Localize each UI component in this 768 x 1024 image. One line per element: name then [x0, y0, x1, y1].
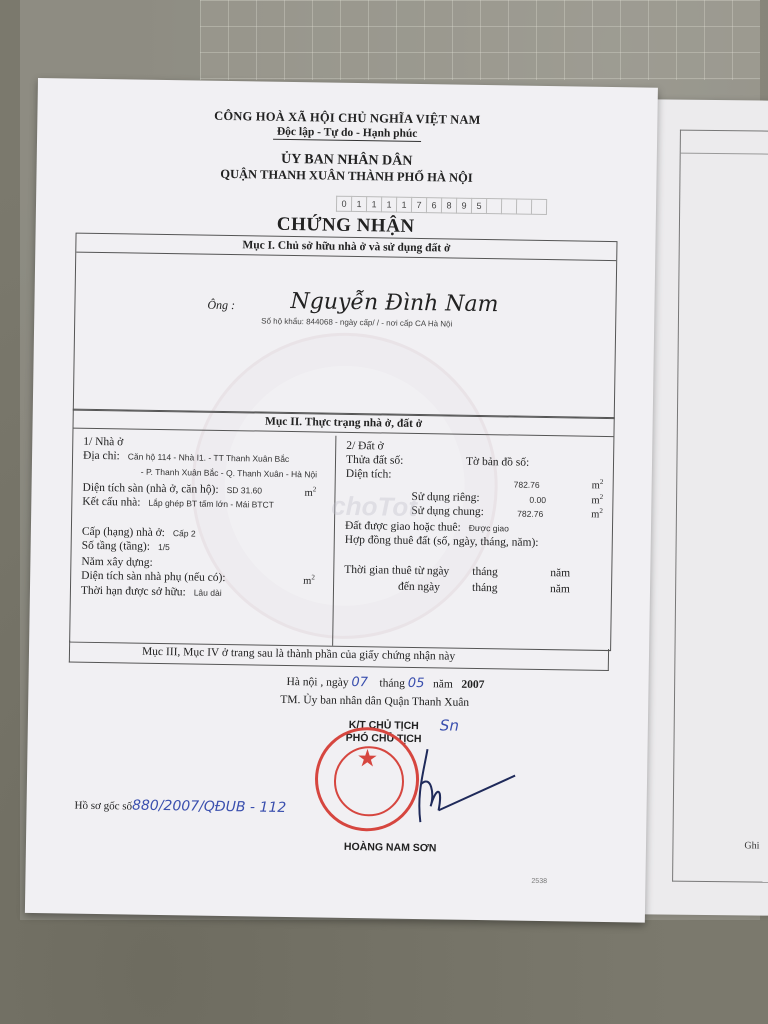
- serial-digit: [516, 199, 531, 215]
- map-sheet-row: Tờ bản đồ số:: [466, 456, 529, 469]
- serial-digit: [531, 199, 547, 215]
- serial-digit: 5: [471, 198, 486, 214]
- land-area-value: 782.76: [506, 478, 540, 491]
- serial-digit: 1: [351, 196, 366, 212]
- address-row: Địa chỉ:Căn hộ 114 - Nhà I1. - TT Thanh …: [83, 450, 289, 465]
- right-page-frame: [672, 130, 768, 883]
- certificate-page: CÔNG HOÀ XÃ HỘI CHỦ NGHĨA VIỆT NAM Độc l…: [25, 78, 658, 923]
- serial-digit: 0: [336, 196, 351, 212]
- land-heading: 2/ Đất ở: [346, 440, 384, 453]
- lease-from-row: Thời gian thuê từ ngày tháng năm: [344, 564, 449, 578]
- house-column: 1/ Nhà ở Địa chỉ:Căn hộ 114 - Nhà I1. - …: [70, 432, 336, 646]
- serial-number: 0111176895: [336, 196, 547, 215]
- house-heading: 1/ Nhà ở: [83, 436, 123, 449]
- serial-digit: 1: [366, 196, 381, 212]
- right-page-partial-text: Ghi: [744, 840, 759, 851]
- floor-area-row: Diện tích sàn (nhà ở, căn hộ):SD 31.60: [82, 482, 262, 497]
- serial-digit: [486, 198, 501, 214]
- serial-digit: 8: [441, 197, 456, 213]
- on-behalf-line: TM. Ủy ban nhân dân Quận Thanh Xuân: [280, 694, 469, 709]
- signer-name: HOÀNG NAM SƠN: [344, 841, 437, 854]
- owner-detail: Số hộ khẩu: 844068 - ngày cấp/ / - nơi c…: [261, 317, 452, 329]
- owner-name: Nguyễn Đình Nam: [290, 289, 498, 317]
- land-column: 2/ Đất ở Thửa đất số: Tờ bản đồ số: Diện…: [333, 436, 613, 650]
- unit-m2: m2: [304, 485, 316, 499]
- serial-digit: 1: [381, 196, 396, 212]
- ownership-term-row: Thời hạn được sở hữu:Lâu dài: [81, 585, 222, 599]
- land-area-label: Diện tích:: [346, 468, 392, 481]
- structure-row: Kết cấu nhà:Lắp ghép BT tấm lớn - Mái BT…: [82, 496, 274, 511]
- unit-m2: m2: [591, 493, 603, 507]
- lease-to-row: đến ngày tháng năm: [398, 581, 440, 594]
- aux-area-row: Diện tích sàn nhà phụ (nếu có):: [81, 570, 226, 584]
- unit-m2: m2: [303, 573, 315, 587]
- private-use-row: Sử dụng riêng:: [411, 491, 479, 504]
- floors-row: Số tầng (tầng):1/5: [82, 540, 170, 553]
- private-use-value: 0.00: [521, 494, 546, 506]
- address-line-2: - P. Thanh Xuân Bắc - Q. Thanh Xuân - Hà…: [133, 466, 317, 481]
- plot-number-row: Thửa đất số:: [346, 454, 404, 467]
- signature: [386, 744, 517, 826]
- serial-digit: 1: [396, 197, 411, 213]
- section-1: Mục I. Chủ sở hữu nhà ở và sử dụng đất ở…: [73, 233, 618, 419]
- watermark: choTot: [331, 491, 417, 523]
- signing-date: Hà nội , ngày 07 tháng 05 năm 2007: [286, 674, 484, 692]
- page-code: 2538: [531, 878, 547, 885]
- serial-digit: 6: [426, 197, 441, 213]
- serial-digit: [501, 198, 516, 214]
- serial-digit: 9: [456, 198, 471, 214]
- lease-contract-row: Hợp đồng thuê đất (số, ngày, tháng, năm)…: [345, 534, 539, 549]
- cutting-mat: [200, 0, 760, 80]
- shared-use-row: Sử dụng chung:: [411, 505, 484, 518]
- section-2: Mục II. Thực trạng nhà ở, đất ở 1/ Nhà ở…: [69, 409, 615, 651]
- file-record: Hồ sơ gốc số880/2007/QĐUB - 112: [74, 797, 286, 816]
- unit-m2: m2: [591, 507, 603, 521]
- initials: Sn: [440, 716, 459, 734]
- shared-use-value: 782.76: [509, 507, 543, 520]
- owner-label: Ông :: [207, 298, 235, 313]
- unit-m2: m2: [592, 478, 604, 492]
- grade-row: Cấp (hạng) nhà ở:Cấp 2: [82, 526, 196, 540]
- year-built-row: Năm xây dựng:: [81, 556, 153, 569]
- serial-digit: 7: [411, 197, 426, 213]
